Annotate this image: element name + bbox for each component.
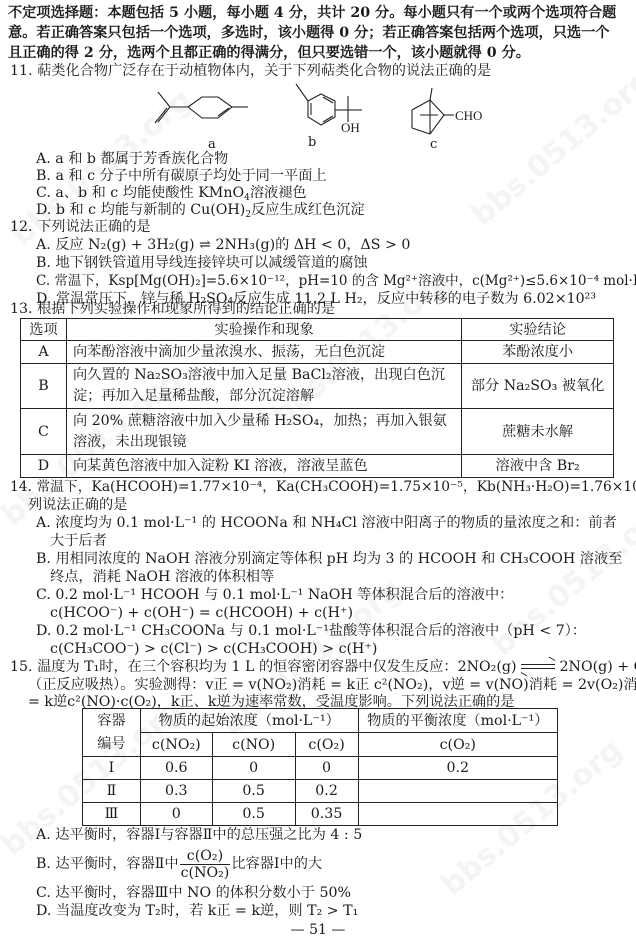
table-row: Ⅰ 0.6 0 0 0.2	[83, 757, 558, 780]
table-row: B 向久置的 Na₂SO₃溶液中加入足量 BaCl₂溶液，出现白色沉淀；再加入足…	[21, 364, 614, 409]
q14-option-d-line-1: D. 0.2 mol·L⁻¹ CH₃COONa 与 0.1 mol·L⁻¹盐酸等…	[36, 622, 586, 640]
table-header-row: 选项 实验操作和现象 实验结论	[21, 319, 614, 341]
table-header-row: 编号 c(NO₂) c(NO) c(O₂) c(O₂)	[83, 733, 558, 757]
q14-option-a-line-1: A. 浓度均为 0.1 mol·L⁻¹ 的 HCOONa 和 NH₄Cl 溶液中…	[36, 514, 617, 532]
chemical-structures-figure: OH CHO	[140, 80, 500, 155]
q14-option-d-line-2: c(CH₃COO⁻) > c(Cl⁻) > c(CH₃COOH) > c(H⁺)	[50, 640, 377, 658]
q15-option-c: C. 达平衡时，容器Ⅲ中 NO 的体积分数小于 50%	[36, 884, 351, 902]
q12-stem: 12. 下列说法正确的是	[10, 218, 151, 236]
q14-option-b-line-2: 终点，消耗 NaOH 溶液的体积相等	[50, 568, 274, 586]
q14-stem-line-1: 14. 常温下，Ka(HCOOH)=1.77×10⁻⁴，Ka(CH₃COOH)=…	[10, 478, 636, 496]
q14-option-c-line-1: C. 0.2 mol·L⁻¹ HCOOH 与 0.1 mol·L⁻¹ NaOH …	[36, 586, 513, 604]
header-operation: 实验操作和现象	[66, 319, 461, 341]
q15-stem-line-2: （正反应吸热）。实验测得：v正 = v(NO₂)消耗 = k正 c²(NO₂)，…	[28, 676, 636, 694]
q15-table: 容器 物质的起始浓度（mol·L⁻¹） 物质的平衡浓度（mol·L⁻¹） 编号 …	[82, 708, 558, 826]
header-option: 选项	[21, 319, 67, 341]
instructions-line-2: 意。若正确答案只包括一个选项，多选时，该小题得 0 分；若正确答案包括两个选项，…	[8, 24, 609, 42]
table-row: A 向苯酚溶液中滴加少量浓溴水、振荡，无白色沉淀 苯酚浓度小	[21, 341, 614, 364]
equilibrium-arrow-icon	[521, 662, 555, 672]
q14-stem-line-2: 列说法正确的是	[28, 496, 127, 514]
instructions-line-1: 不定项选择题：本题包括 5 小题，每小题 4 分，共计 20 分。每小题只有一个…	[8, 4, 616, 22]
table-row: Ⅱ 0.3 0.5 0.2	[83, 780, 558, 803]
structure-label-c: c	[430, 137, 437, 152]
q15-option-a: A. 达平衡时，容器Ⅰ与容器Ⅱ中的总压强之比为 4 : 5	[36, 826, 362, 844]
q13-table: 选项 实验操作和现象 实验结论 A 向苯酚溶液中滴加少量浓溴水、振荡，无白色沉淀…	[20, 318, 614, 478]
fraction: c(O₂)c(NO₂)	[180, 848, 231, 881]
q14-option-a-line-2: 大于后者	[50, 532, 107, 550]
svg-text:CHO: CHO	[455, 108, 482, 123]
q11-structures: OH CHO a b c	[140, 80, 500, 155]
q12-option-b: B. 地下钢铁管道用导线连接锌块可以减缓管道的腐蚀	[36, 254, 368, 272]
q13-stem: 13. 根据下列实验操作和现象所得到的结论正确的是	[10, 300, 335, 318]
q14-option-b-line-1: B. 用相同浓度的 NaOH 溶液分别滴定等体积 pH 均为 3 的 HCOOH…	[36, 550, 622, 568]
q14-option-c-line-2: c(HCOO⁻) + c(OH⁻) = c(HCOOH) + c(H⁺)	[50, 604, 353, 622]
table-row: Ⅲ 0 0.5 0.35	[83, 803, 558, 826]
q15-stem-line-1: 15. 温度为 T₁时，在三个容积均为 1 L 的恒容密闭容器中仅发生反应：2N…	[10, 658, 636, 676]
svg-text:OH: OH	[341, 120, 360, 135]
header-conclusion: 实验结论	[462, 319, 614, 341]
q11-option-d: D. b 和 c 均能与新制的 Cu(OH)2反应生成红色沉淀	[36, 201, 365, 219]
q11-option-c: C. a、b 和 c 均能使酸性 KMnO4溶液褪色	[36, 184, 307, 202]
instructions-line-3: 且正确的得 2 分，选两个且都正确的得满分，但只要选错一个，该小题就得 0 分。	[8, 44, 530, 62]
table-row: D 向某黄色溶液中加入淀粉 KI 溶液，溶液呈蓝色 溶液中含 Br₂	[21, 455, 614, 478]
q12-option-a: A. 反应 N₂(g) + 3H₂(g) ⇌ 2NH₃(g)的 ΔH < 0，Δ…	[36, 236, 410, 254]
q11-stem: 11. 萜类化合物广泛存在于动植物体内，关于下列萜类化合物的说法正确的是	[10, 62, 491, 80]
page-number: — 51 —	[0, 922, 636, 938]
table-row: C 向 20% 蔗糖溶液中加入少量稀 H₂SO₄，加热；再加入银氨溶液，未出现银…	[21, 409, 614, 455]
table-header-row: 容器 物质的起始浓度（mol·L⁻¹） 物质的平衡浓度（mol·L⁻¹）	[83, 709, 558, 733]
q15-option-b: B. 达平衡时，容器Ⅱ中c(O₂)c(NO₂)比容器Ⅰ中的大	[36, 846, 322, 882]
q15-option-d: D. 当温度改变为 T₂时，若 k正 = k逆，则 T₂ > T₁	[36, 902, 358, 920]
q12-option-c: C. 常温下，Ksp[Mg(OH)₂]=5.6×10⁻¹²，pH=10 的含 M…	[36, 272, 636, 290]
q11-option-b: B. a 和 c 分子中所有碳原子均处于同一平面上	[36, 167, 327, 185]
structure-label-b: b	[308, 135, 316, 150]
q11-option-a: A. a 和 b 都属于芳香族化合物	[36, 150, 228, 168]
